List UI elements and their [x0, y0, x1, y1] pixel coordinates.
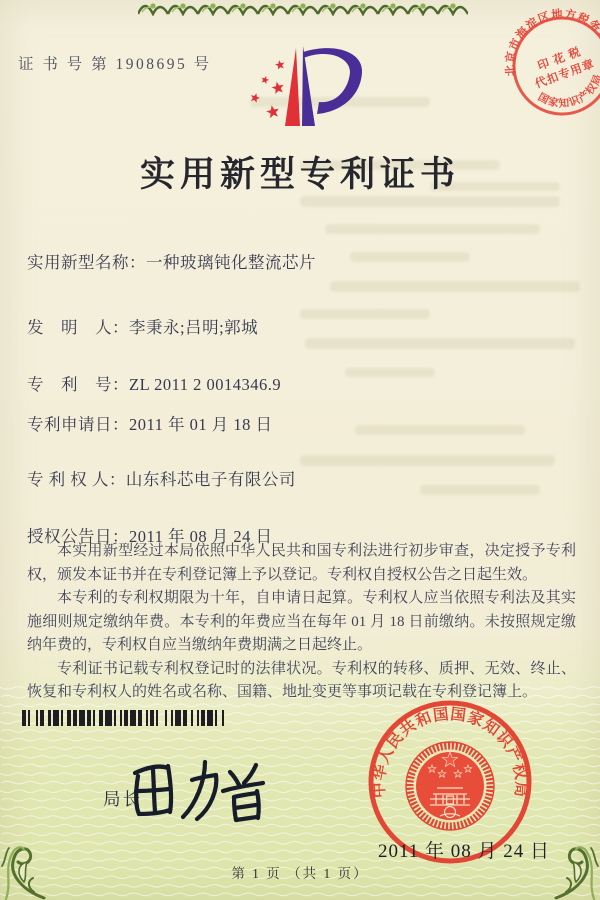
star-icon [272, 82, 284, 94]
field-value: 山东科芯电子有限公司 [126, 470, 296, 489]
legal-text-block: 本实用新型经过本局依照中华人民共和国专利法进行初步审查，决定授予专利权，颁发本证… [27, 540, 576, 705]
legal-paragraph: 本专利的专利权期限为十年，自申请日起算。专利权人应当依照专利法及其实施细则规定缴… [27, 587, 576, 658]
field-row: 专利申请日：2011 年 01 月 18 日 [27, 411, 273, 435]
signature-tian-li-pu [122, 750, 292, 838]
tax-stamp-seal: 北京市海淀区地方税务局 国家知识产权局 印 花 税 代扣专用章 [480, 0, 600, 148]
field-label: 专利申请日： [27, 415, 129, 434]
field-label: 实用新型名称： [27, 253, 146, 272]
star-icon [275, 60, 284, 69]
logo-purple-wedge [302, 46, 315, 126]
cnipa-logo-icon [245, 42, 367, 134]
patent-certificate-page: 证 书 号 第 1908695 号 北京市海淀区地方税务局 国家知识产权局 印 … [0, 0, 600, 900]
certificate-title: 实用新型专利证书 [0, 147, 600, 197]
field-row: 实用新型名称：一种玻璃钝化整流芯片 [27, 249, 316, 273]
field-label: 专 利 权 人： [27, 470, 126, 489]
logo-stars [251, 60, 285, 118]
issue-date: 2011 年 08 月 24 日 [378, 836, 550, 863]
corner-flourish-left [0, 820, 52, 900]
top-ornament-border [138, 0, 468, 16]
star-icon [266, 105, 279, 118]
field-row: 专 利 权 人：山东科芯电子有限公司 [27, 466, 296, 490]
logo-p-bowl [303, 48, 362, 114]
field-label: 发 明 人： [27, 318, 129, 337]
star-icon [251, 93, 260, 103]
field-value: 2011 年 01 月 18 日 [129, 415, 273, 434]
field-row: 专 利 号：ZL 2011 2 0014346.9 [27, 371, 281, 395]
field-value: 李秉永;吕明;郭城 [129, 318, 258, 337]
national-emblem [406, 742, 494, 830]
corner-flourish-right [548, 820, 600, 900]
barcode [22, 710, 224, 726]
field-value: ZL 2011 2 0014346.9 [129, 375, 281, 394]
certificate-number: 证 书 号 第 1908695 号 [18, 52, 212, 74]
field-label: 专 利 号： [27, 375, 129, 394]
logo-red-wedge [285, 48, 300, 126]
legal-paragraph: 本实用新型经过本局依照中华人民共和国专利法进行初步审查，决定授予专利权，颁发本证… [27, 540, 576, 587]
field-row: 发 明 人：李秉永;吕明;郭城 [27, 314, 258, 338]
field-value: 一种玻璃钝化整流芯片 [146, 253, 316, 272]
star-icon [262, 76, 270, 84]
